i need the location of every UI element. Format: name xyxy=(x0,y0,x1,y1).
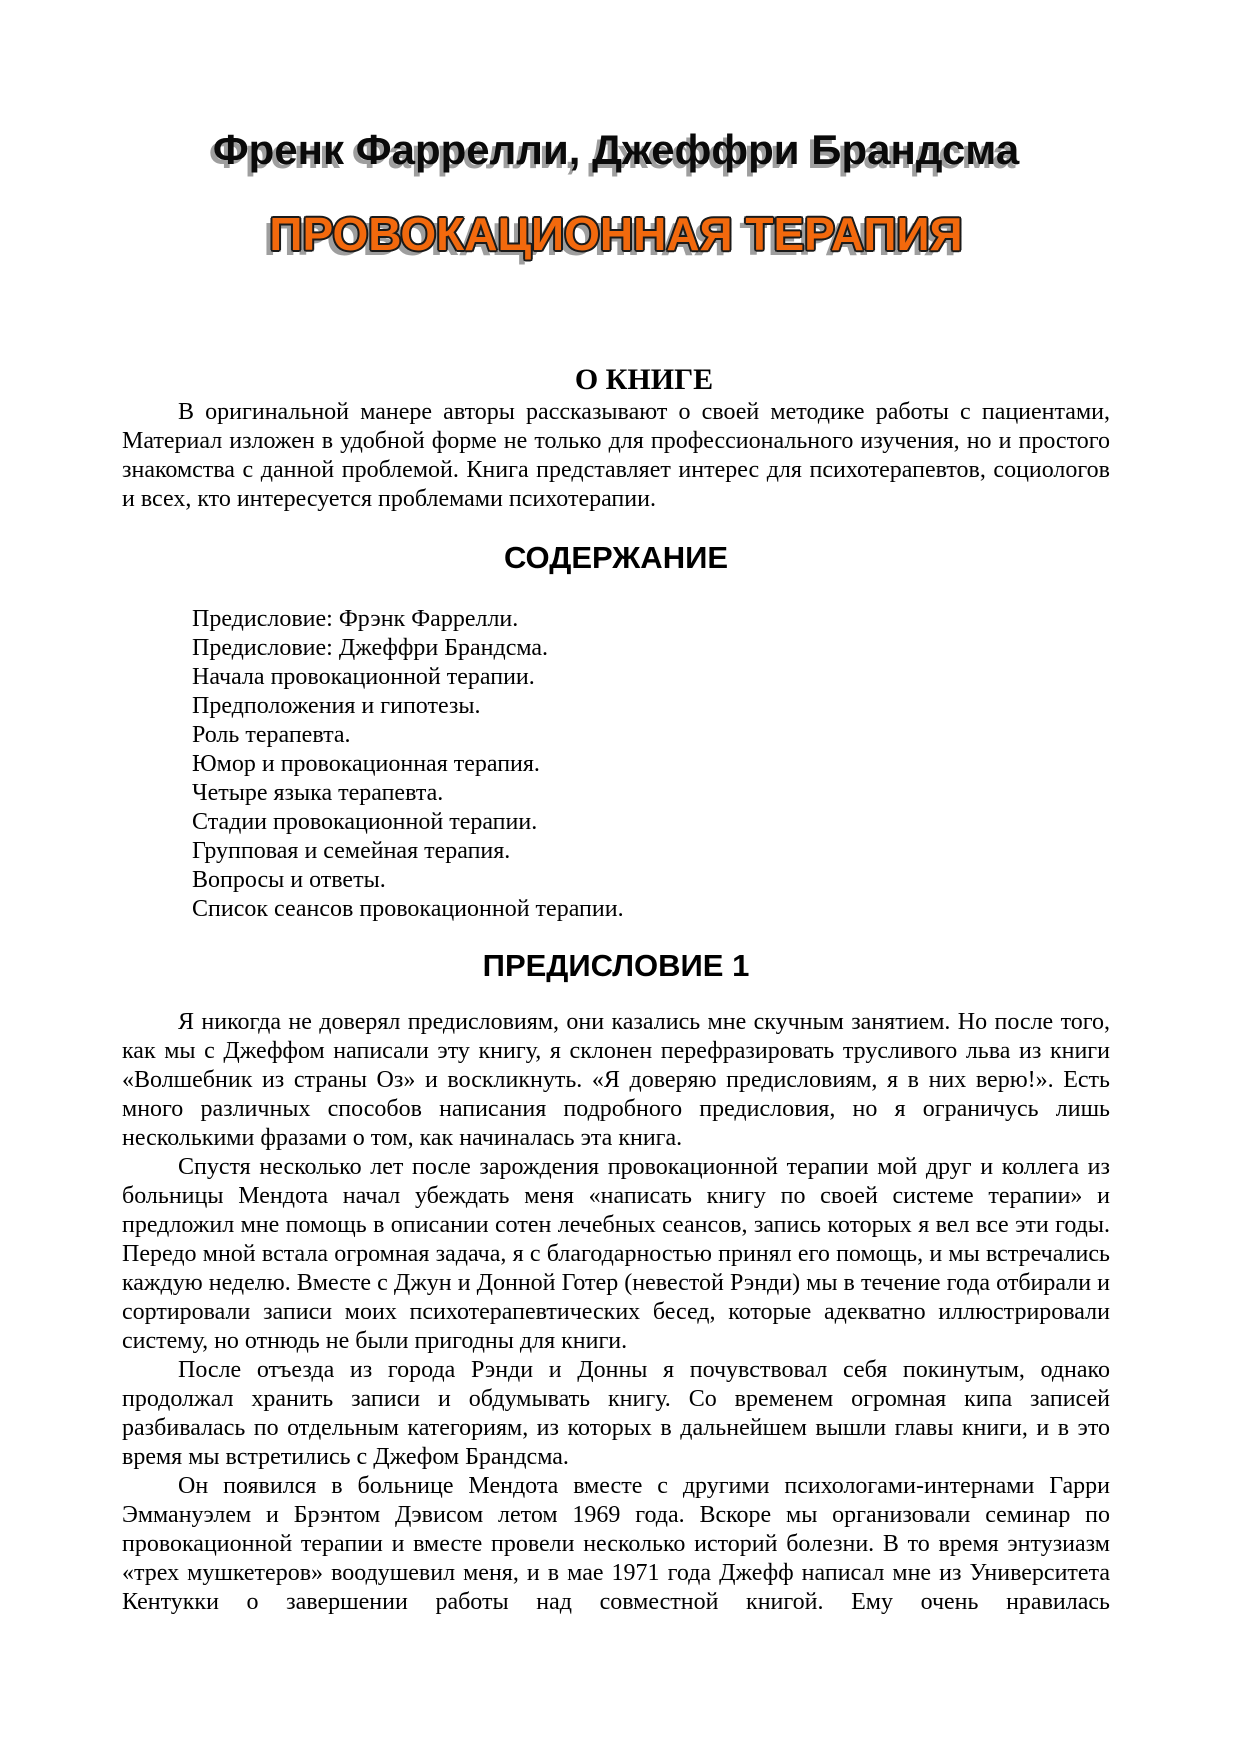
section-heading-contents: СОДЕРЖАНИЕ xyxy=(122,540,1110,576)
section-heading-about: О КНИГЕ xyxy=(122,362,1110,398)
toc-item: Предисловие: Фрэнк Фаррелли. xyxy=(192,605,1110,634)
book-title: ПРОВОКАЦИОННАЯ ТЕРАПИЯ xyxy=(122,206,1110,262)
preface-paragraph: После отъезда из города Рэнди и Донны я … xyxy=(122,1356,1110,1472)
toc-item: Начала провокационной терапии. xyxy=(192,663,1110,692)
section-heading-preface: ПРЕДИСЛОВИЕ 1 xyxy=(122,948,1110,984)
toc-item: Юмор и провокационная терапия. xyxy=(192,750,1110,779)
toc-item: Вопросы и ответы. xyxy=(192,866,1110,895)
toc-item: Стадии провокационной терапии. xyxy=(192,808,1110,837)
preface-paragraph: Спустя несколько лет после зарождения пр… xyxy=(122,1153,1110,1356)
toc-item: Четыре языка терапевта. xyxy=(192,779,1110,808)
preface-paragraph: Он появился в больнице Мендота вместе с … xyxy=(122,1472,1110,1617)
toc-item: Предисловие: Джеффри Брандсма. xyxy=(192,634,1110,663)
toc-item: Список сеансов провокационной терапии. xyxy=(192,895,1110,924)
toc-item: Групповая и семейная терапия. xyxy=(192,837,1110,866)
authors-title: Френк Фаррелли, Джеффри Брандсма xyxy=(122,126,1110,174)
toc-item: Роль терапевта. xyxy=(192,721,1110,750)
toc-list: Предисловие: Фрэнк Фаррелли. Предисловие… xyxy=(192,605,1110,924)
preface-paragraph: Я никогда не доверял предисловиям, они к… xyxy=(122,1008,1110,1153)
toc-item: Предположения и гипотезы. xyxy=(192,692,1110,721)
about-paragraph: В оригинальной манере авторы рассказываю… xyxy=(122,398,1110,514)
document-page: Френк Фаррелли, Джеффри Брандсма ПРОВОКА… xyxy=(0,0,1240,1754)
